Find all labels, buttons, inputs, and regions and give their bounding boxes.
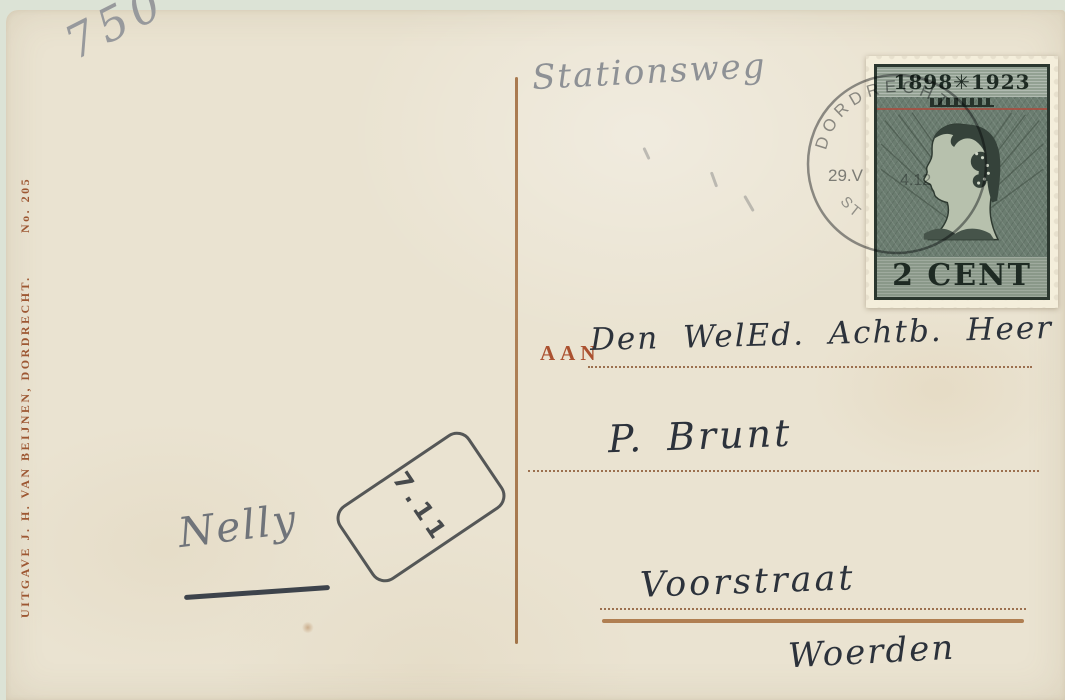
postage-stamp: 1898✳1923 [866,56,1058,308]
stamp-design: 1898✳1923 [874,64,1050,300]
handwritten-name: P. Brunt [607,411,793,461]
handwritten-street: Voorstraat [639,558,856,605]
stamp-jubilee-years: 1898✳1923 [877,67,1047,97]
stamp-red-rule [877,108,1047,110]
postcard-back: 750 UITGAVE J. H. VAN BEIJNEN, DORDRECHT… [6,10,1065,700]
stamp-denomination: 2 CENT [877,257,1047,297]
address-line-2 [528,470,1039,472]
pencil-number: 750 [56,0,175,70]
pencil-smudge [743,195,755,212]
handwritten-sender: Nelly [176,495,300,557]
crown-motif [930,98,994,107]
sorting-box-stamp: 7.11 [330,426,511,589]
address-line-1 [588,366,1032,368]
publisher-number: No. 205 [18,177,32,233]
pencil-smudge [710,171,718,187]
pencil-smudge [642,147,650,160]
address-line-3 [600,608,1026,610]
handwritten-street-note: Stationsweg [531,46,767,98]
publisher-imprint-text: UITGAVE J. H. VAN BEIJNEN, DORDRECHT. [18,275,32,618]
postmark-date: 29.V [828,166,864,185]
centre-divider-rule [515,77,518,644]
publisher-imprint: UITGAVE J. H. VAN BEIJNEN, DORDRECHT.No.… [18,138,33,618]
portrait-engraving [879,110,1045,257]
sender-underline-stroke [184,585,330,600]
queen-wilhelmina-portrait [877,110,1047,257]
handwritten-city: Woerden [787,628,956,677]
handwritten-addressee: Den WelEd. Achtb. Heer [590,310,1054,358]
sorting-box-digits: 7.11 [387,466,455,547]
address-base-rule [602,619,1024,623]
postmark-bottom-arc: ST [837,193,866,222]
